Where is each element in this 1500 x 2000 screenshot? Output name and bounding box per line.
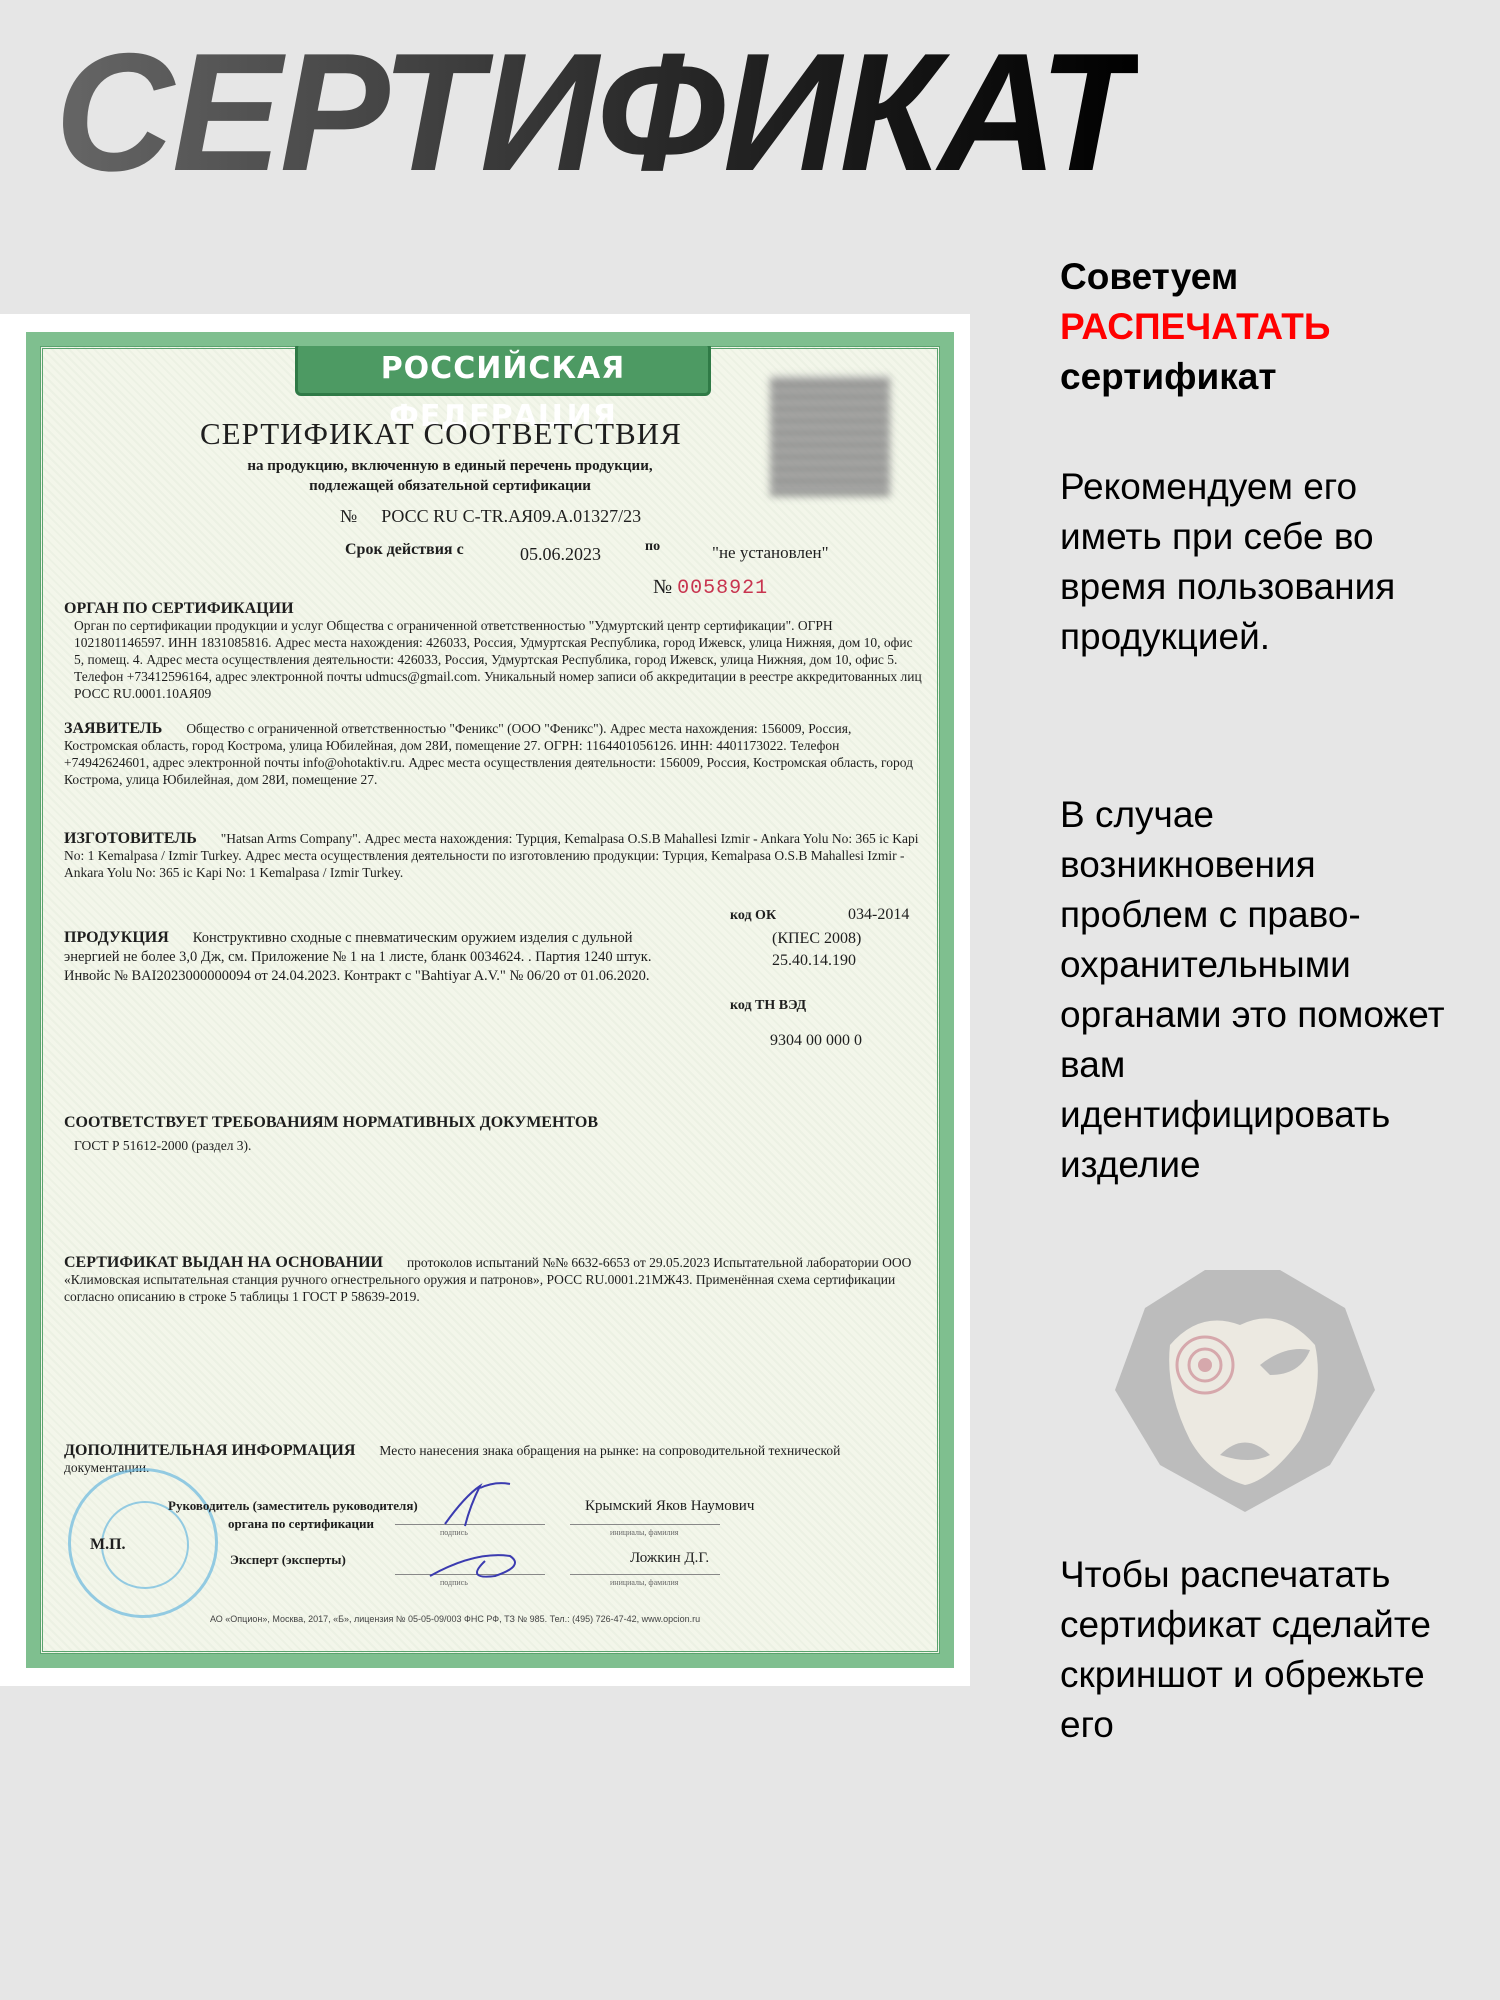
lion-logo-icon [1110,1250,1380,1520]
qr-code-icon [770,376,890,496]
serial-number: № 0058921 [653,576,768,600]
to-label: по [645,539,660,555]
tn-ved-value: 9304 00 000 0 [770,1032,862,1050]
valid-from: 05.06.2023 [520,544,601,565]
police-advice: В случае возникновения проблем с право-о… [1060,790,1460,1190]
product-section: ПРОДУКЦИЯКонструктивно сходные с пневмат… [64,928,684,986]
head-label: Руководитель (заместитель руководителя) [168,1498,418,1514]
certificate-subheading: на продукцию, включенную в единый перече… [190,456,710,496]
manufacturer-section: ИЗГОТОВИТЕЛЬ"Hatsan Arms Company". Адрес… [64,830,924,881]
printer-line: АО «Опцион», Москва, 2017, «Б», лицензия… [210,1614,700,1624]
conforms-section: СООТВЕТСТВУЕТ ТРЕБОВАНИЯМ НОРМАТИВНЫХ ДО… [64,1114,924,1154]
certificate: РОССИЙСКАЯ ФЕДЕРАЦИЯ СЕРТИФИКАТ СООТВЕТС… [26,332,954,1668]
kpes-value: 25.40.14.190 [772,952,856,970]
certificate-heading: СЕРТИФИКАТ СООТВЕТСТВИЯ [200,416,682,452]
certificate-banner: РОССИЙСКАЯ ФЕДЕРАЦИЯ [295,342,711,396]
screenshot-advice: Чтобы распечатать сертификат сделайте ск… [1060,1550,1460,1750]
expert-name: Ложкин Д.Г. [630,1550,709,1567]
carry-advice: Рекомендуем его иметь при себе во время … [1060,462,1420,662]
valid-to: "не установлен" [712,543,829,563]
expert-label: Эксперт (эксперты) [230,1552,346,1568]
seal-label: М.П. [90,1536,126,1554]
applicant-section: ЗАЯВИТЕЛЬОбщество с ограниченной ответст… [64,720,924,788]
tn-ved-label: код ТН ВЭД [730,998,806,1014]
certificate-number: №РОСС RU C-TR.АЯ09.А.01327/23 [340,506,665,527]
extra-section: ДОПОЛНИТЕЛЬНАЯ ИНФОРМАЦИЯМесто нанесения… [64,1442,924,1476]
term-label: Срок действия с [345,541,464,559]
basis-section: СЕРТИФИКАТ ВЫДАН НА ОСНОВАНИИпротоколов … [64,1254,924,1305]
code-ok-label: код ОК [730,908,776,924]
code-ok-value: 034-2014 [848,906,909,924]
body-section: ОРГАН ПО СЕРТИФИКАЦИИ Орган по сертифика… [64,600,924,702]
page-title: СЕРТИФИКАТ [55,28,1138,196]
head-name: Крымский Яков Наумович [585,1498,754,1515]
certificate-image: РОССИЙСКАЯ ФЕДЕРАЦИЯ СЕРТИФИКАТ СООТВЕТС… [0,314,970,1686]
print-advice: Советуем РАСПЕЧАТАТЬ сертификат [1060,252,1480,402]
kpes-label: (КПЕС 2008) [772,930,861,948]
head-label-2: органа по сертификации [228,1516,374,1532]
